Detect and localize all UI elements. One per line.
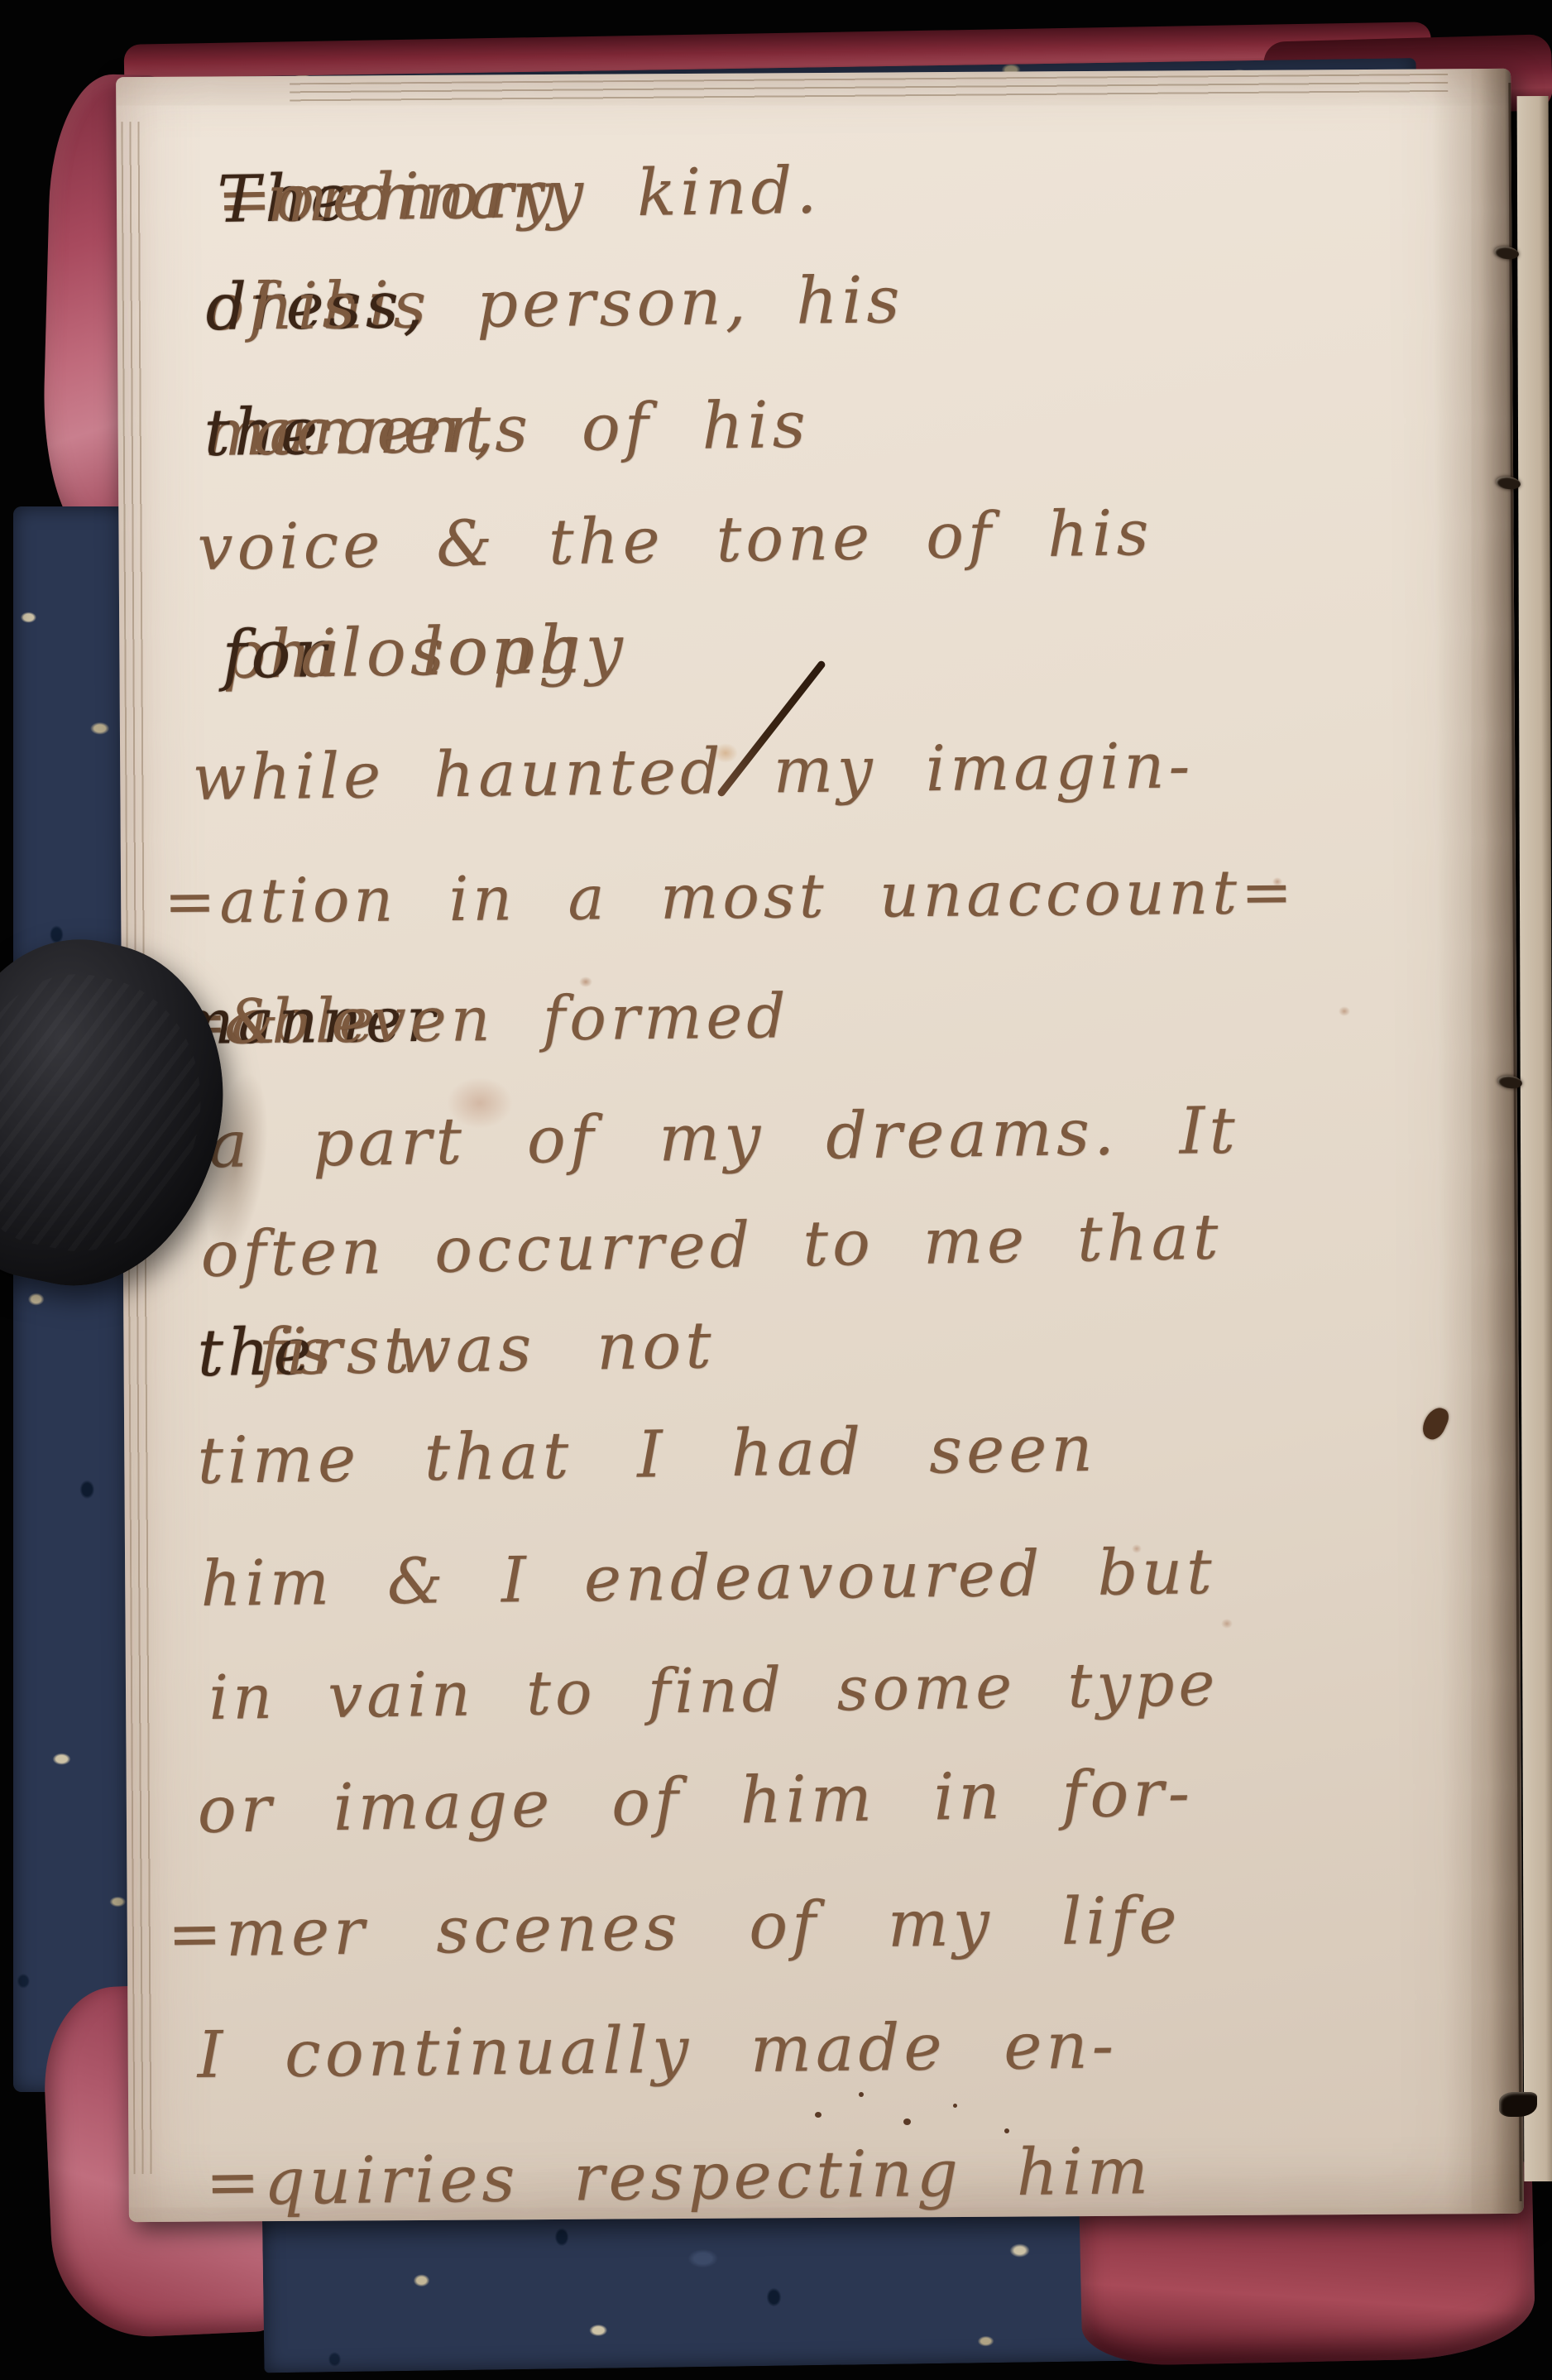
manuscript-text: voice & the tone of his [197,498,1153,583]
manuscript-text: I continually made en- [197,2011,1118,2091]
manuscript-text: first [197,1316,414,1390]
manuscript-text: accents of his [204,391,810,470]
manuscript-text: him & I endeavoured but [200,1537,1216,1619]
manuscript-text: =ation in a most unaccount= [164,859,1296,936]
manuscript-text: & even formed [175,983,790,1057]
manuscript-text: =mer scenes of my life [167,1886,1181,1971]
photograph-of-diary-page: =ordinary kind. The memoryof his person,… [0,0,1552,2380]
manuscript-text: a part of my dreams. It [208,1096,1239,1182]
manuscript-text: memory [217,161,558,237]
manuscript-text: or image of him in for- [197,1759,1195,1847]
manuscript-text: while haunted my imagin- [192,731,1195,812]
manuscript-text: his [205,271,360,344]
manuscript-text: a long [222,613,585,692]
manuscript-text: =quiries respecting him [205,2137,1152,2219]
manuscript-text: often occurred to me that [200,1202,1223,1288]
manuscript-text: in vain to find some type [208,1651,1219,1732]
manuscript-text: time that I had seen [197,1414,1097,1498]
